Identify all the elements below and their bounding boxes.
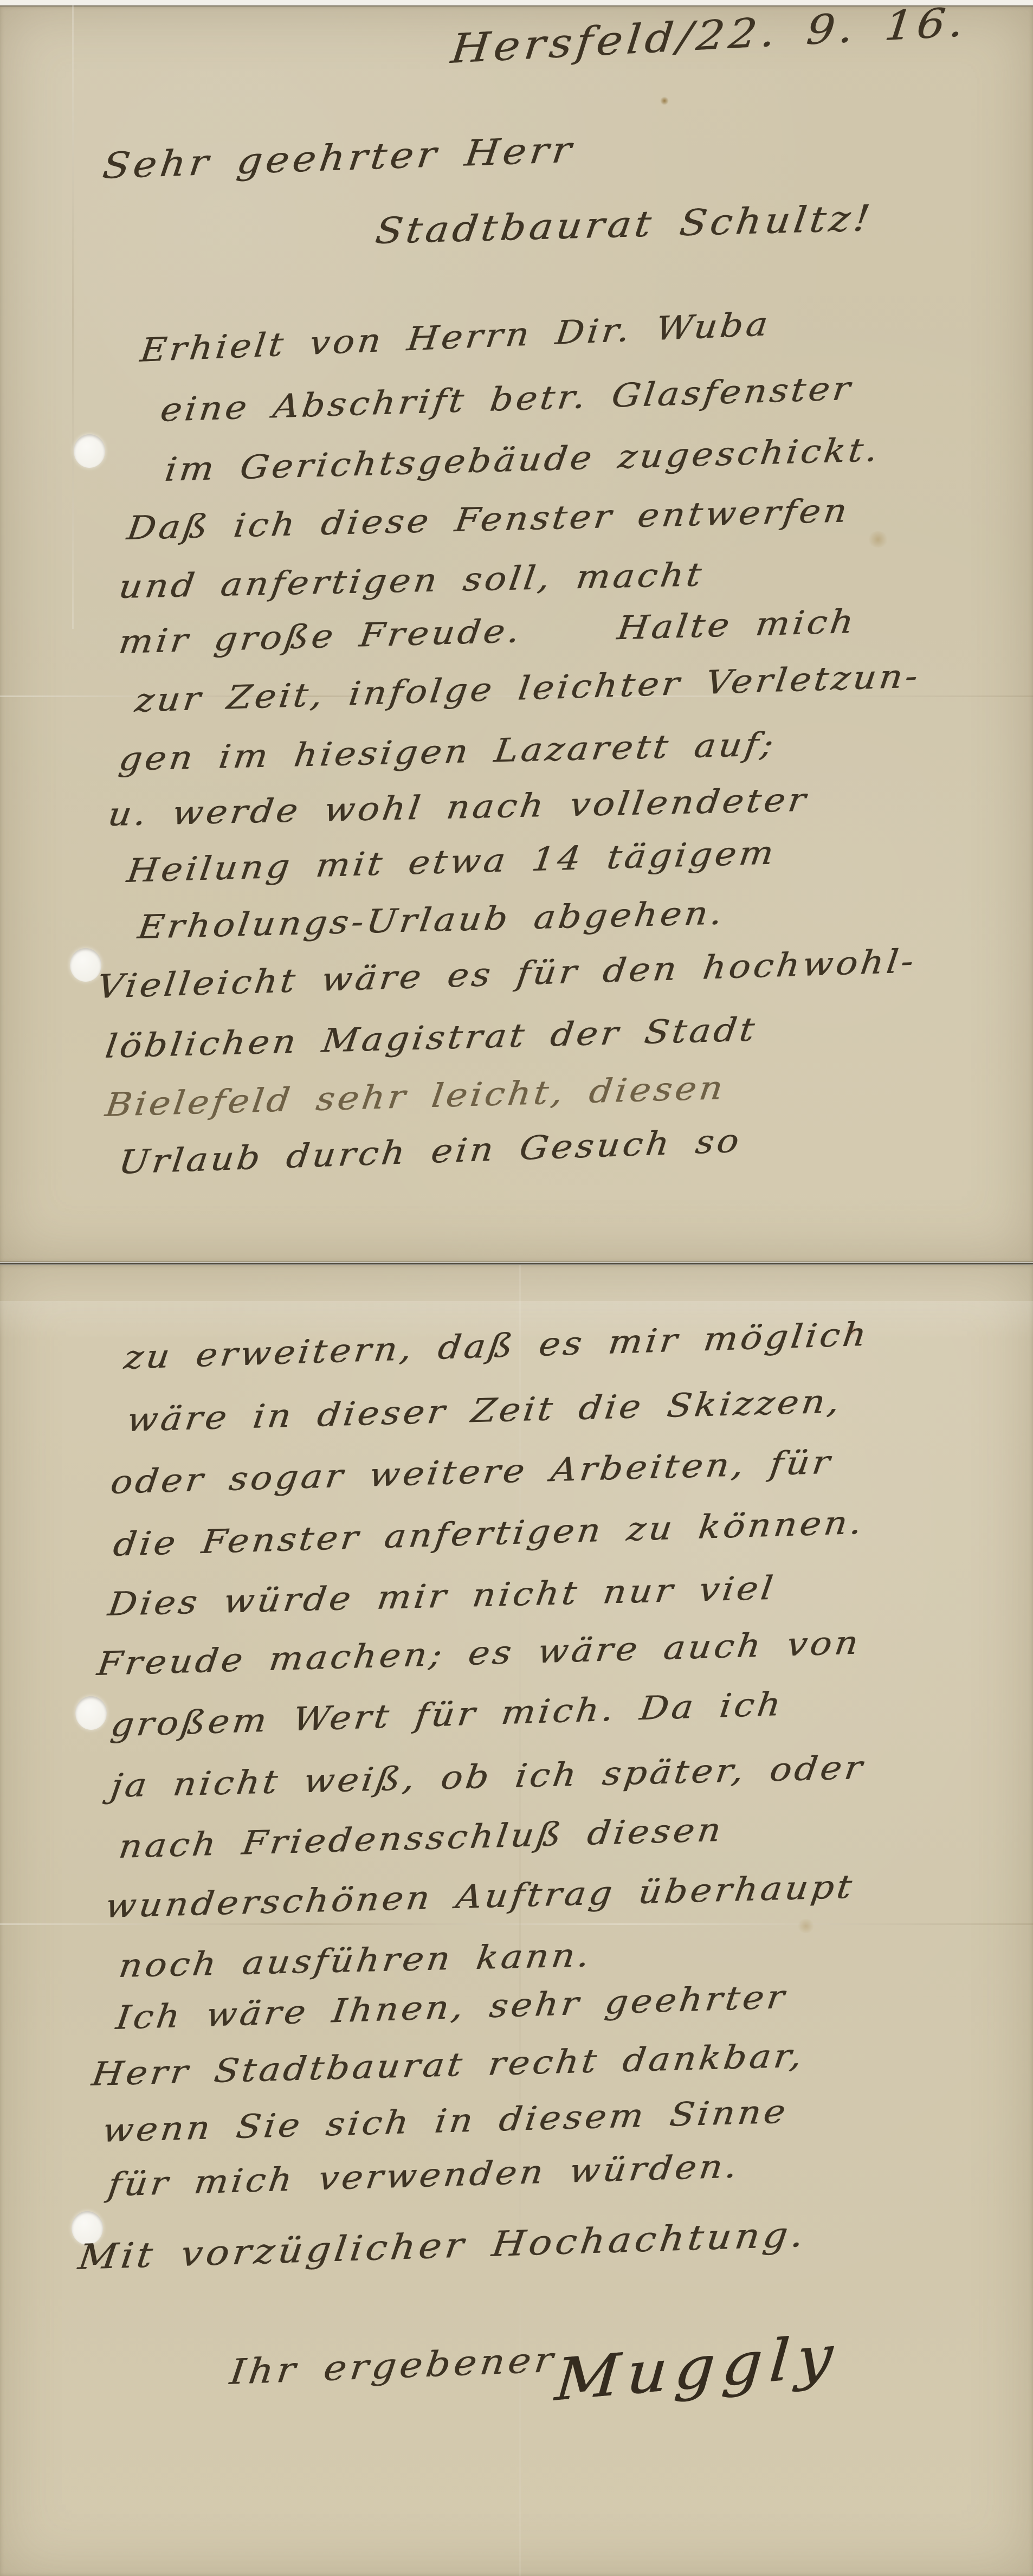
punch-hole bbox=[70, 948, 101, 982]
punch-hole bbox=[74, 434, 105, 468]
paper-stain bbox=[660, 96, 669, 105]
page-boundary bbox=[0, 1261, 1033, 1265]
fold-crease-vertical bbox=[72, 5, 74, 629]
paper-stain bbox=[797, 1919, 815, 1933]
punch-hole bbox=[75, 1696, 107, 1730]
paper-stain bbox=[867, 531, 889, 548]
letter-scan: Hersfeld/22. 9. 16. Sehr geehrter Herr S… bbox=[0, 0, 1033, 2576]
